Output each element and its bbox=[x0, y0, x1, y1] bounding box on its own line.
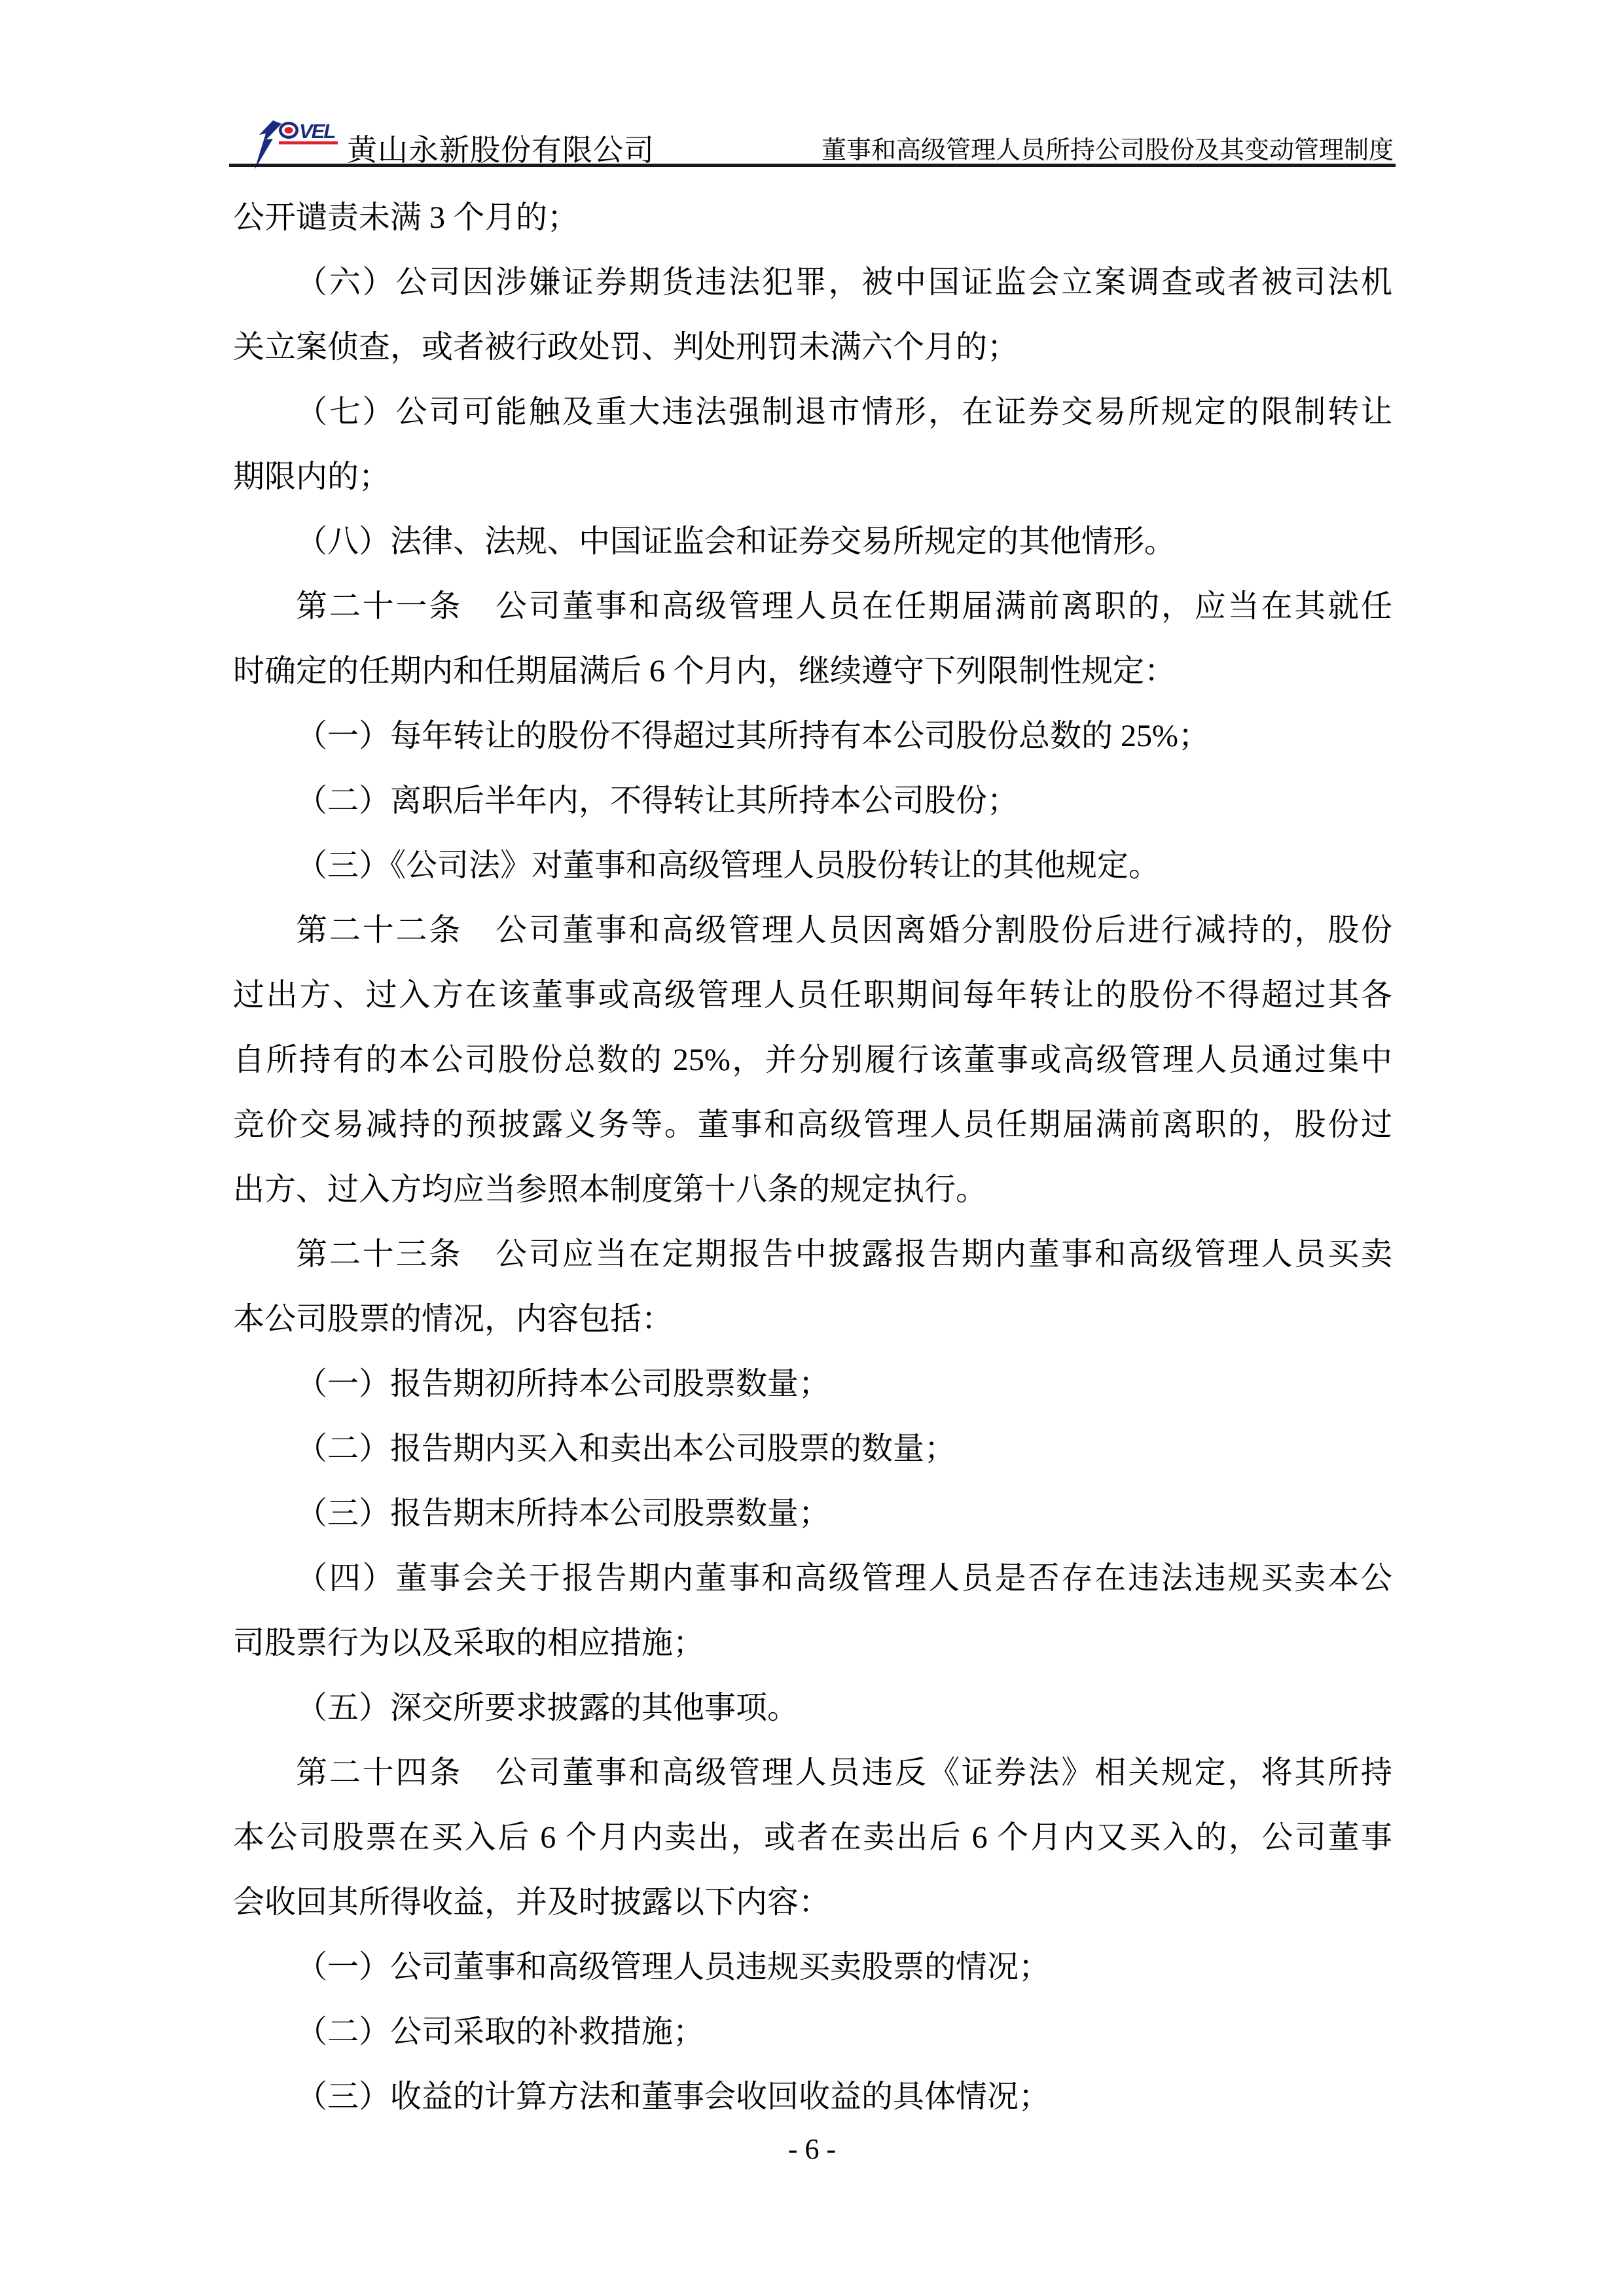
body-line: 第二十四条 公司董事和高级管理人员违反《证券法》相关规定，将其所持 bbox=[233, 1740, 1392, 1805]
body-line: （二）报告期内买入和卖出本公司股票的数量； bbox=[233, 1416, 1392, 1481]
body-line: （三）收益的计算方法和董事会收回收益的具体情况； bbox=[233, 2064, 1392, 2129]
page-header: VEL 黄山永新股份有限公司 董事和高级管理人员所持公司股份及其变动管理制度 bbox=[0, 0, 1624, 170]
body-line: 关立案侦查，或者被行政处罚、判处刑罚未满六个月的； bbox=[233, 315, 1392, 380]
body-line: 第二十二条 公司董事和高级管理人员因离婚分割股份后进行减持的，股份 bbox=[233, 898, 1392, 963]
body-line: （四）董事会关于报告期内董事和高级管理人员是否存在违法违规买卖本公 bbox=[233, 1546, 1392, 1611]
logo-n-bolt-icon bbox=[255, 120, 281, 170]
body-line: 会收回其所得收益，并及时披露以下内容： bbox=[233, 1870, 1392, 1935]
document-body: 公开谴责未满 3 个月的；（六）公司因涉嫌证券期货违法犯罪，被中国证监会立案调查… bbox=[233, 185, 1392, 2129]
body-line: （二）离职后半年内，不得转让其所持本公司股份； bbox=[233, 768, 1392, 833]
body-line: （一）每年转让的股份不得超过其所持有本公司股份总数的 25%； bbox=[233, 704, 1392, 768]
body-line: 第二十一条 公司董事和高级管理人员在任期届满前离职的，应当在其就任 bbox=[233, 574, 1392, 639]
body-line: （五）深交所要求披露的其他事项。 bbox=[233, 1676, 1392, 1740]
body-line: 时确定的任期内和任期届满后 6 个月内，继续遵守下列限制性规定： bbox=[233, 639, 1392, 704]
body-line: 自所持有的本公司股份总数的 25%，并分别履行该董事或高级管理人员通过集中 bbox=[233, 1028, 1392, 1092]
body-line: （一）报告期初所持本公司股票数量； bbox=[233, 1352, 1392, 1416]
body-line: 过出方、过入方在该董事或高级管理人员任职期间每年转让的股份不得超过其各 bbox=[233, 963, 1392, 1028]
body-line: （二）公司采取的补救措施； bbox=[233, 2000, 1392, 2064]
page-footer: - 6 - bbox=[0, 2132, 1624, 2166]
logo-red-underline bbox=[279, 141, 338, 145]
body-line: 竞价交易减持的预披露义务等。董事和高级管理人员任期届满前离职的，股份过 bbox=[233, 1092, 1392, 1157]
header-rule bbox=[229, 164, 1396, 167]
document-page: VEL 黄山永新股份有限公司 董事和高级管理人员所持公司股份及其变动管理制度 公… bbox=[0, 0, 1624, 2296]
body-line: （七）公司可能触及重大违法强制退市情形，在证券交易所规定的限制转让 bbox=[233, 380, 1392, 444]
body-line: 司股票行为以及采取的相应措施； bbox=[233, 1611, 1392, 1676]
body-line: 出方、过入方均应当参照本制度第十八条的规定执行。 bbox=[233, 1157, 1392, 1222]
body-line: （一）公司董事和高级管理人员违规买卖股票的情况； bbox=[233, 1935, 1392, 2000]
body-line: （三）报告期末所持本公司股票数量； bbox=[233, 1481, 1392, 1546]
page-number: - 6 - bbox=[788, 2133, 836, 2165]
document-title: 董事和高级管理人员所持公司股份及其变动管理制度 bbox=[821, 136, 1394, 165]
body-line: （三）《公司法》对董事和高级管理人员股份转让的其他规定。 bbox=[233, 833, 1392, 898]
body-line: 第二十三条 公司应当在定期报告中披露报告期内董事和高级管理人员买卖 bbox=[233, 1222, 1392, 1287]
logo-red-dot-icon bbox=[285, 127, 293, 134]
body-line: 本公司股票在买入后 6 个月内卖出，或者在卖出后 6 个月内又买入的，公司董事 bbox=[233, 1805, 1392, 1870]
body-line: （八）法律、法规、中国证监会和证券交易所规定的其他情形。 bbox=[233, 509, 1392, 574]
body-line: 期限内的； bbox=[233, 444, 1392, 509]
body-line: 本公司股票的情况，内容包括： bbox=[233, 1287, 1392, 1352]
company-name: 黄山永新股份有限公司 bbox=[347, 134, 655, 168]
body-line: （六）公司因涉嫌证券期货违法犯罪，被中国证监会立案调查或者被司法机 bbox=[233, 250, 1392, 315]
body-line: 公开谴责未满 3 个月的； bbox=[233, 185, 1392, 250]
logo-letters: VEL bbox=[299, 120, 335, 143]
